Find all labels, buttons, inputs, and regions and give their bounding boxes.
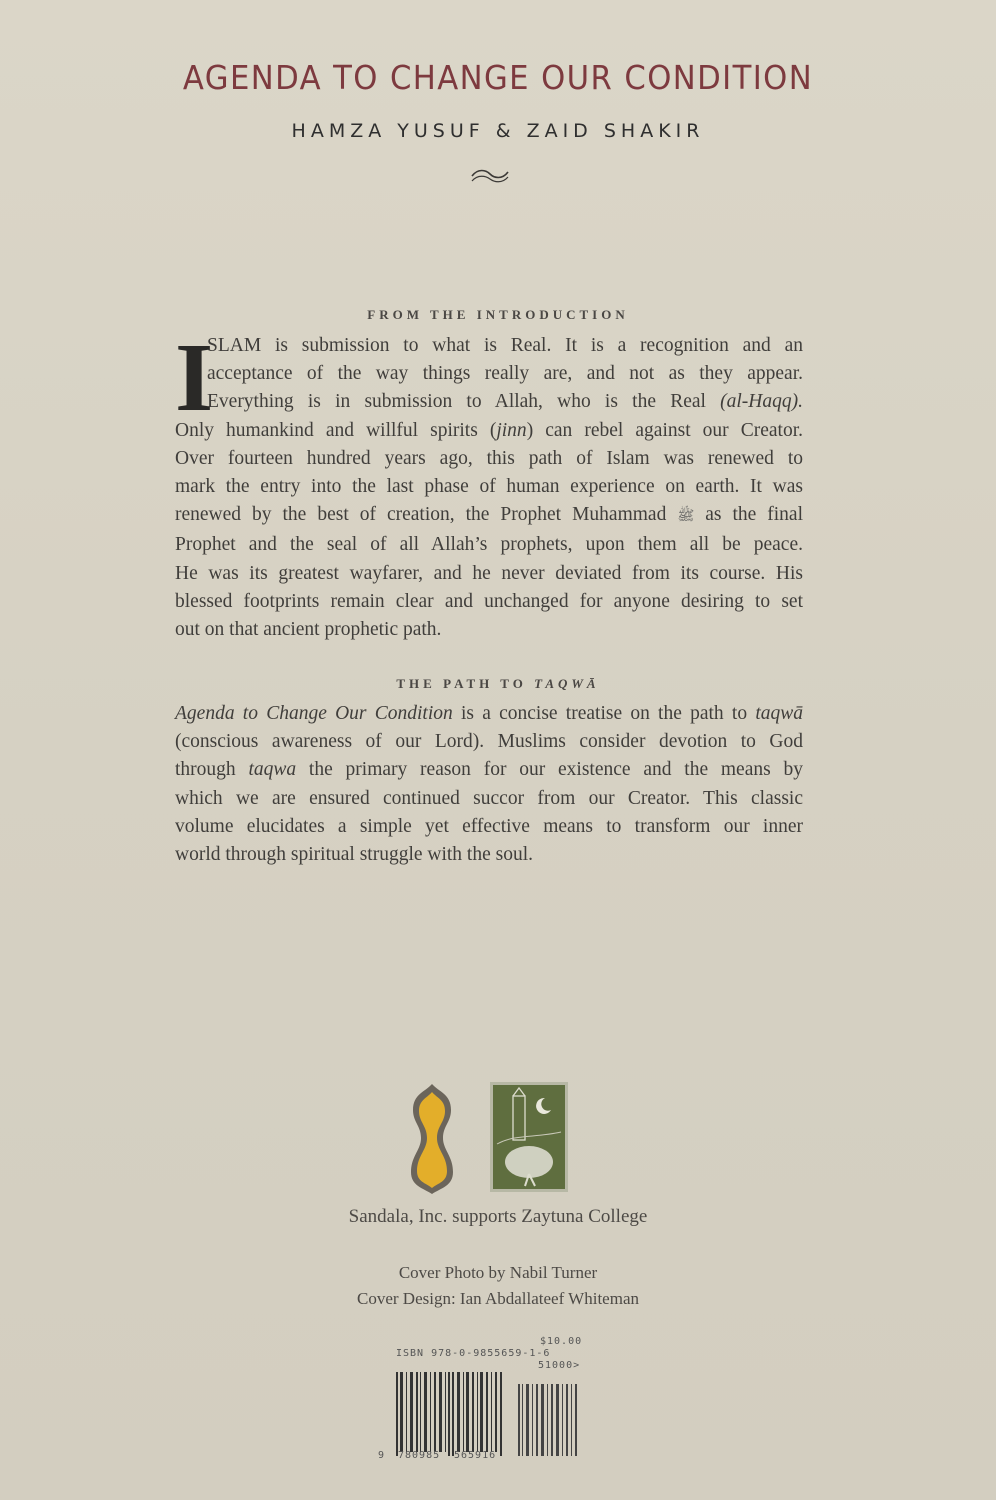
intro-line: mark the entry into the last phase of hu… — [175, 473, 803, 501]
price-label: $10.00 — [540, 1336, 582, 1347]
taqwa-line: (conscious awareness of our Lord). Musli… — [175, 728, 803, 756]
publisher-logos — [405, 1082, 575, 1194]
taqwa-line: world through spiritual struggle with th… — [175, 841, 803, 869]
design-credit: Cover Design: Ian Abdallateef Whiteman — [0, 1289, 996, 1309]
isbn-label: ISBN 978-0-9855659-1-6 — [396, 1348, 550, 1359]
tilde-swash-ornament-icon — [468, 164, 512, 188]
barcode-bars — [392, 1372, 592, 1458]
book-authors: HAMZA YUSUF & ZAID SHAKIR — [0, 120, 996, 142]
intro-line: acceptance of the way things really are,… — [175, 360, 803, 388]
taqwa-text: Agenda to Change Our Condition is a conc… — [175, 700, 803, 869]
book-back-cover: AGENDA TO CHANGE OUR CONDITION HAMZA YUS… — [0, 0, 996, 1500]
ean-right-digits: 565916 — [454, 1450, 496, 1461]
zaytuna-college-logo-icon — [490, 1082, 568, 1192]
intro-line: SLAM is submission to what is Real. It i… — [175, 332, 803, 360]
taqwa-line: through taqwa the primary reason for our… — [175, 756, 803, 784]
intro-line: Over fourteen hundred years ago, this pa… — [175, 445, 803, 473]
ean-left-digits: 780985 — [398, 1450, 440, 1461]
intro-line: Prophet and the seal of all Allah’s prop… — [175, 531, 803, 559]
ean-lead-digit: 9 — [378, 1450, 385, 1461]
taqwa-heading: THE PATH TO TAQWĀ — [0, 676, 996, 692]
taqwa-line: which we are ensured continued succor fr… — [175, 785, 803, 813]
isbn-barcode: $10.00 ISBN 978-0-9855659-1-6 51000> 9 7… — [378, 1336, 588, 1466]
intro-line: He was its greatest wayfarer, and he nev… — [175, 560, 803, 588]
addon-code: 51000> — [538, 1360, 580, 1371]
taqwa-line: Agenda to Change Our Condition is a conc… — [175, 700, 803, 728]
salawat-honorific-icon: ﷺ — [677, 509, 694, 524]
drop-cap: I — [175, 338, 213, 418]
publisher-support-line: Sandala, Inc. supports Zaytuna College — [0, 1206, 996, 1228]
introduction-text: I SLAM is submission to what is Real. It… — [175, 332, 803, 644]
introduction-heading: FROM THE INTRODUCTION — [0, 307, 996, 323]
intro-line: blessed footprints remain clear and unch… — [175, 588, 803, 616]
intro-line: Everything is in submission to Allah, wh… — [175, 388, 803, 416]
intro-line: out on that ancient prophetic path. — [175, 616, 803, 644]
photo-credit: Cover Photo by Nabil Turner — [0, 1263, 996, 1283]
book-title: AGENDA TO CHANGE OUR CONDITION — [35, 58, 961, 97]
sandala-lamp-logo-icon — [411, 1084, 453, 1194]
intro-line: Only humankind and willful spirits (jinn… — [175, 417, 803, 445]
intro-line: renewed by the best of creation, the Pro… — [175, 501, 803, 531]
taqwa-line: volume elucidates a simple yet effective… — [175, 813, 803, 841]
